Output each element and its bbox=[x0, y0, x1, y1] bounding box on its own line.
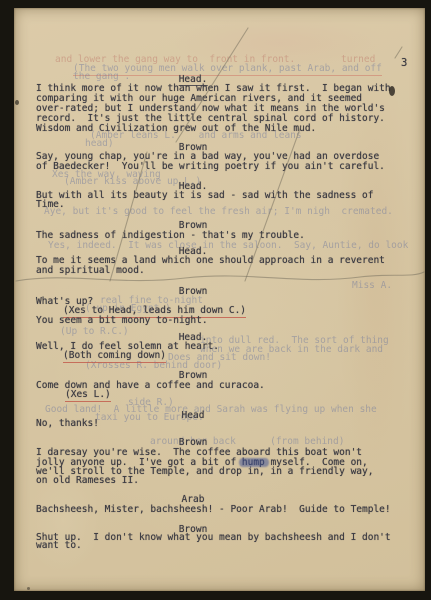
manuscript-page: 3 and lower the gang way to front in fro… bbox=[14, 8, 425, 591]
script-line: But with all its beauty it is sad - sad … bbox=[36, 191, 373, 201]
script-line: of Baedecker! You'll be writing poetry i… bbox=[36, 162, 385, 172]
erased-ghost-line: the gang . bbox=[73, 72, 130, 82]
script-line: Time. bbox=[36, 200, 65, 210]
ink-speck bbox=[27, 587, 30, 590]
erased-ghost-line: (Up to R.C.) bbox=[60, 327, 129, 337]
page-number: 3 bbox=[401, 58, 407, 69]
stage-direction: (Xes L.) bbox=[65, 390, 111, 402]
script-line: Shut up. I don't know what you mean by b… bbox=[36, 533, 391, 543]
script-line: Wisdom and Civilization grew out of the … bbox=[36, 124, 316, 134]
script-line: and spiritual mood. bbox=[36, 266, 145, 276]
erased-ghost-line: head) bbox=[85, 139, 114, 149]
erased-ghost-line: Miss A. bbox=[352, 281, 392, 291]
character-heading: Head bbox=[182, 411, 205, 421]
script-line: want to. bbox=[36, 541, 82, 551]
erased-ghost-line: Aye, but it's good to feel the fresh air… bbox=[44, 207, 393, 217]
erased-ghost-line: Yes, indeed. It was close in the saloon.… bbox=[48, 241, 408, 251]
ink-speck bbox=[389, 86, 395, 96]
script-line: No, thanks! bbox=[36, 419, 99, 429]
script-line: Bachsheesh, Mister, bachsheesh! - Poor A… bbox=[36, 505, 391, 515]
character-heading: Brown bbox=[179, 287, 208, 297]
script-line: The sadness of indigestion - that's my t… bbox=[36, 231, 305, 241]
script-line: on old Rameses II. bbox=[36, 476, 139, 486]
script-line: You seem a bit moony to-night. bbox=[36, 316, 208, 326]
ink-speck bbox=[15, 100, 19, 105]
scan-border: 3 and lower the gang way to front in fro… bbox=[0, 0, 431, 600]
ink-blot bbox=[239, 458, 269, 467]
stage-direction: (Both coming down) bbox=[63, 351, 166, 363]
